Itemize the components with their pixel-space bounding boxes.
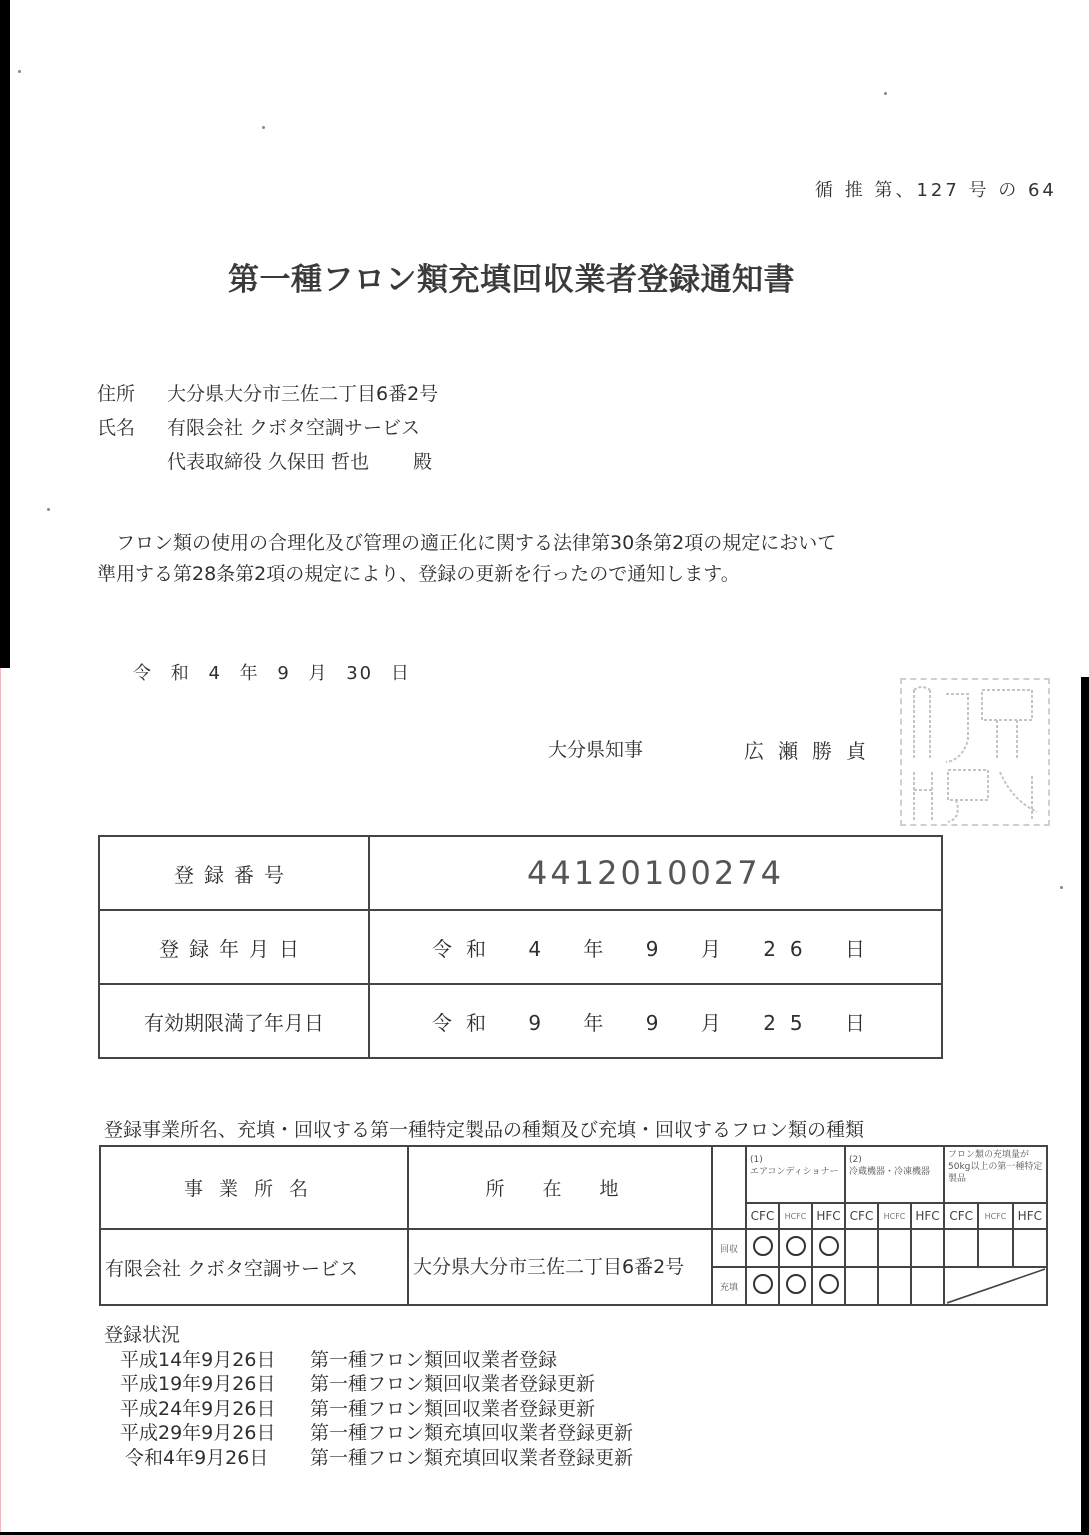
gas-type-header: HCFC <box>978 1203 1012 1229</box>
registration-date-value: 令和 4 年 9 月 26 日 <box>369 910 942 984</box>
not-applicable-cell <box>944 1267 1047 1305</box>
gas-type-header: CFC <box>845 1203 878 1229</box>
circle-mark-icon <box>819 1236 839 1256</box>
scan-border-left-tint <box>0 668 1 1535</box>
filling-row-label: 充填 <box>712 1267 746 1305</box>
scan-speck <box>884 92 887 95</box>
mark-cell <box>978 1229 1012 1267</box>
name-label: 氏名 <box>97 411 167 445</box>
status-date: 平成24年9月26日 <box>120 1397 310 1422</box>
status-event: 第一種フロン類充填回収業者登録更新 <box>310 1447 633 1469</box>
document-title: 第一種フロン類充填回収業者登録通知書 <box>228 254 795 299</box>
mark-cell <box>779 1267 812 1305</box>
registration-number-value: 44120100274 <box>369 836 942 910</box>
registration-status-heading: 登録状況 <box>104 1323 633 1348</box>
notice-body-line: フロン類の使用の合理化及び管理の適正化に関する法律第30条第2項の規定において <box>97 528 836 559</box>
official-seal-stamp <box>900 678 1050 826</box>
mark-cell <box>1013 1229 1047 1267</box>
status-date: 平成14年9月26日 <box>120 1348 310 1373</box>
issuer-name: 広瀬勝貞 <box>744 735 880 764</box>
mark-cell <box>746 1267 779 1305</box>
scan-speck <box>47 508 50 511</box>
status-entry: 平成24年9月26日第一種フロン類回収業者登録更新 <box>104 1397 633 1422</box>
expiry-date-label: 有効期限満了年月日 <box>99 984 369 1058</box>
mark-cell <box>911 1229 944 1267</box>
scan-border-left <box>0 0 10 668</box>
category-air-conditioner-header: (1) エアコンディショナー <box>746 1146 845 1203</box>
status-event: 第一種フロン類回収業者登録更新 <box>310 1373 595 1395</box>
office-name-value: 有限会社 クボタ空調サービス <box>100 1229 408 1305</box>
gas-type-header: HCFC <box>779 1203 812 1229</box>
address-label: 住所 <box>97 377 167 411</box>
mark-cell <box>944 1229 978 1267</box>
status-event: 第一種フロン類回収業者登録 <box>310 1349 557 1371</box>
mark-cell <box>746 1229 779 1267</box>
status-date: 令和4年9月26日 <box>120 1446 310 1471</box>
category-large-equipment-header: フロン類の充填量が50kg以上の第一種特定製品 <box>944 1146 1047 1203</box>
status-entry: 令和4年9月26日第一種フロン類充填回収業者登録更新 <box>104 1446 633 1471</box>
office-name-header: 事業所名 <box>100 1146 408 1229</box>
mark-cell <box>812 1267 845 1305</box>
circle-mark-icon <box>819 1274 839 1294</box>
mark-cell <box>845 1267 878 1305</box>
diagonal-strike-icon <box>945 1268 1046 1304</box>
table-row: 登録番号 44120100274 <box>99 836 942 910</box>
circle-mark-icon <box>786 1274 806 1294</box>
mark-cell <box>911 1267 944 1305</box>
category-refrigeration-header: (2) 冷蔵機器・冷凍機器 <box>845 1146 944 1203</box>
status-date: 平成19年9月26日 <box>120 1372 310 1397</box>
addressee-block: 住所大分県大分市三佐二丁目6番2号 氏名有限会社 クボタ空調サービス 代表取締役… <box>97 377 438 479</box>
honorific: 殿 <box>413 451 432 473</box>
gas-type-header: HFC <box>812 1203 845 1229</box>
location-header: 所 在 地 <box>408 1146 712 1229</box>
gas-type-header: HCFC <box>878 1203 911 1229</box>
seal-icon <box>902 680 1052 828</box>
status-event: 第一種フロン類充填回収業者登録更新 <box>310 1422 633 1444</box>
registration-number-label: 登録番号 <box>99 836 369 910</box>
status-entry: 平成19年9月26日第一種フロン類回収業者登録更新 <box>104 1372 633 1397</box>
company-name: 有限会社 クボタ空調サービス <box>167 417 420 439</box>
status-date: 平成29年9月26日 <box>120 1421 310 1446</box>
expiry-date-value: 令和 9 年 9 月 25 日 <box>369 984 942 1058</box>
gas-type-header: HFC <box>911 1203 944 1229</box>
status-event: 第一種フロン類回収業者登録更新 <box>310 1398 595 1420</box>
gas-type-header: HFC <box>1013 1203 1047 1229</box>
row-label-header <box>712 1146 746 1229</box>
scan-speck <box>1060 886 1063 889</box>
registration-date-label: 登録年月日 <box>99 910 369 984</box>
address-value: 大分県大分市三佐二丁目6番2号 <box>167 383 438 405</box>
circle-mark-icon <box>753 1236 773 1256</box>
business-office-table: 事業所名 所 在 地 (1) エアコンディショナー (2) 冷蔵機器・冷凍機器 … <box>99 1145 1048 1306</box>
table-row: 登録年月日 令和 4 年 9 月 26 日 <box>99 910 942 984</box>
scan-border-right <box>1081 677 1089 1535</box>
table-row: 有限会社 クボタ空調サービス 大分県大分市三佐二丁目6番2号 回収 <box>100 1229 1047 1267</box>
mark-cell <box>845 1229 878 1267</box>
mark-cell <box>878 1229 911 1267</box>
issuer-title: 大分県知事 <box>548 735 643 762</box>
status-entry: 平成29年9月26日第一種フロン類充填回収業者登録更新 <box>104 1421 633 1446</box>
gas-type-header: CFC <box>944 1203 978 1229</box>
registration-table: 登録番号 44120100274 登録年月日 令和 4 年 9 月 26 日 有… <box>98 835 943 1059</box>
gas-type-header: CFC <box>746 1203 779 1229</box>
notice-body-line: 準用する第28条第2項の規定により、登録の更新を行ったので通知します。 <box>97 559 836 590</box>
circle-mark-icon <box>786 1236 806 1256</box>
recovery-row-label: 回収 <box>712 1229 746 1267</box>
issue-date: 令 和 4 年 9 月 30 日 <box>133 659 411 685</box>
representative-name: 代表取締役 久保田 哲也 <box>167 451 369 473</box>
office-location-value: 大分県大分市三佐二丁目6番2号 <box>408 1229 712 1305</box>
scan-speck <box>18 70 21 73</box>
registration-status: 登録状況 平成14年9月26日第一種フロン類回収業者登録 平成19年9月26日第… <box>104 1323 633 1470</box>
notice-body: フロン類の使用の合理化及び管理の適正化に関する法律第30条第2項の規定において … <box>97 528 836 590</box>
scan-speck <box>262 126 265 129</box>
circle-mark-icon <box>753 1274 773 1294</box>
mark-cell <box>878 1267 911 1305</box>
status-entry: 平成14年9月26日第一種フロン類回収業者登録 <box>104 1348 633 1373</box>
mark-cell <box>779 1229 812 1267</box>
business-section-caption: 登録事業所名、充填・回収する第一種特定製品の種類及び充填・回収するフロン類の種類 <box>104 1115 864 1142</box>
mark-cell <box>812 1229 845 1267</box>
table-row: 有効期限満了年月日 令和 9 年 9 月 25 日 <box>99 984 942 1058</box>
document-number: 循 推 第、127 号 の 64 <box>815 176 1057 202</box>
